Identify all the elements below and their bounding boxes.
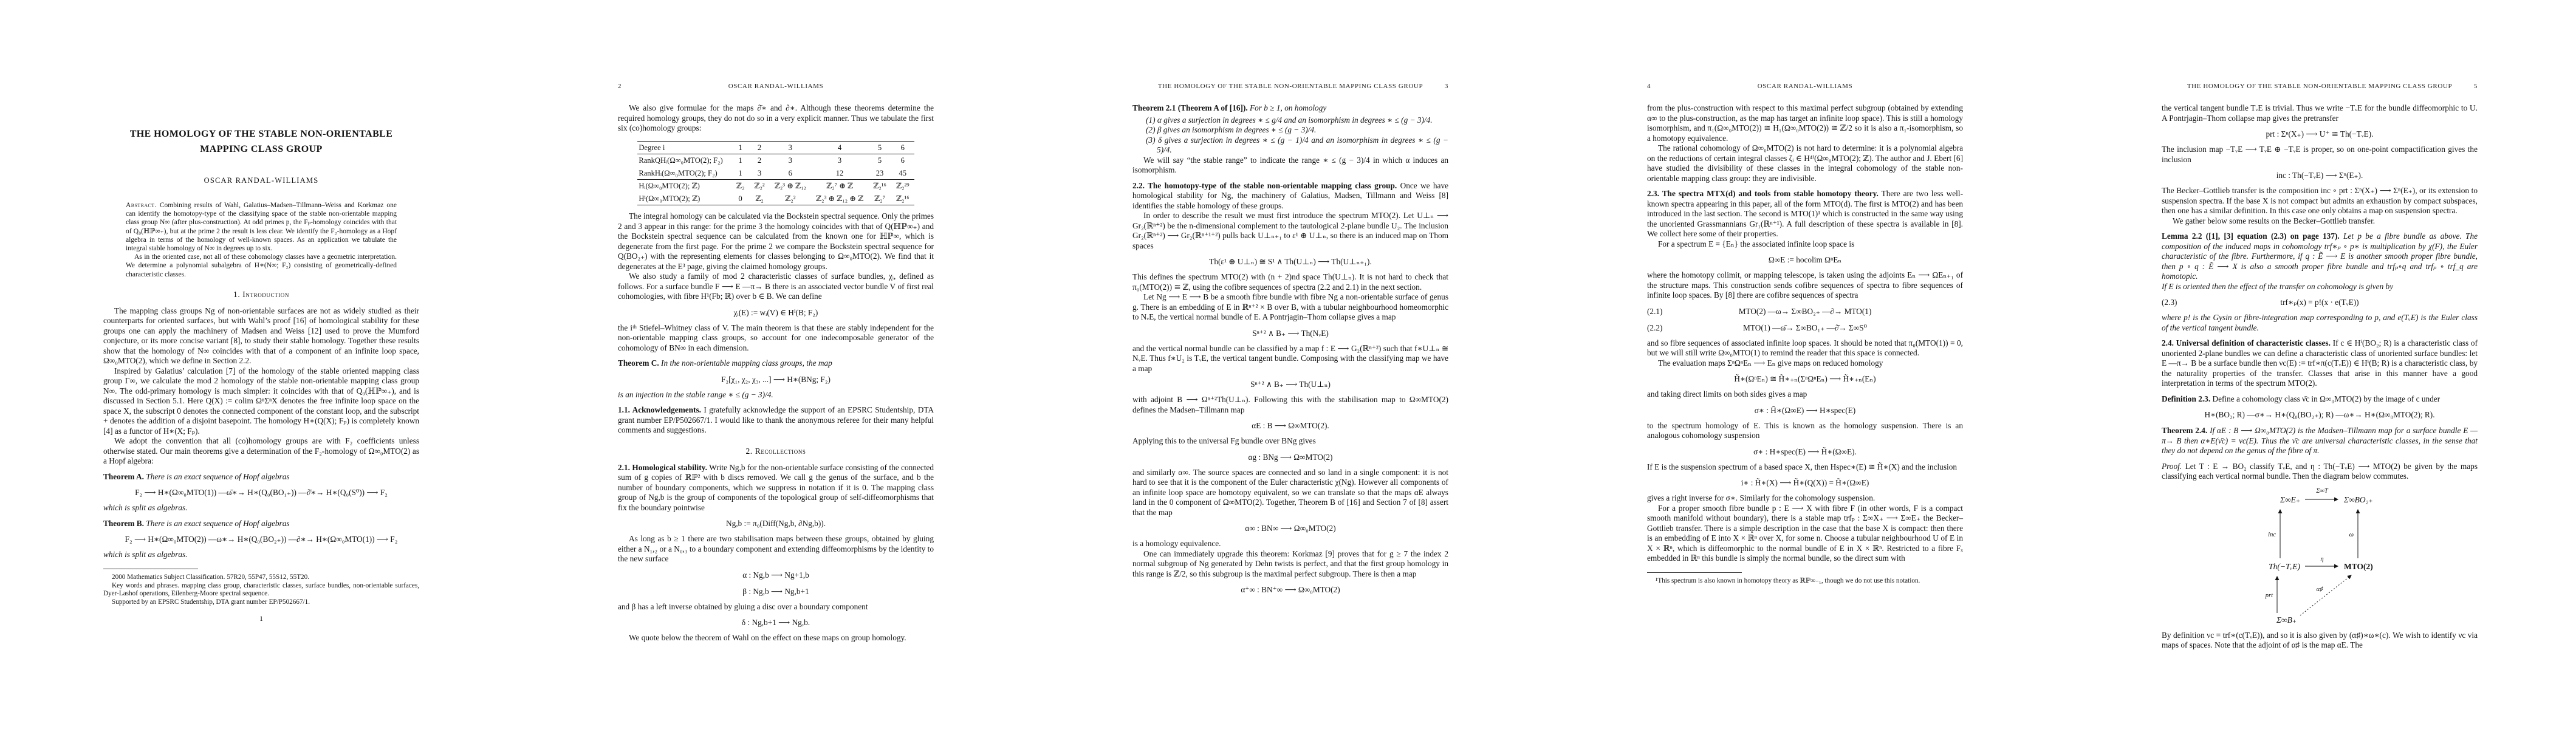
subsection-block: 2.1. Homological stability. Write Ng,b f… bbox=[618, 463, 934, 513]
display-equation: αE : B ⟶ Ω∞MTO(2). bbox=[1132, 420, 1448, 431]
section-heading: 2. Recollections bbox=[618, 447, 934, 456]
paper-spread: { "arxiv_stamp": "arXiv:0803.3825v2 [mat… bbox=[0, 0, 2576, 729]
diagram-node-thom: Th(−TᵥE) bbox=[2269, 562, 2300, 571]
display-equation: H∗(BO₂; R) —σ∗→ H∗(Q₀(BO₂₊); R) —ω∗→ H∗(… bbox=[2162, 409, 2478, 420]
equation-text: Sⁿ⁺² ∧ B₊ ⟶ Th(U⊥ₙ) bbox=[1250, 380, 1331, 389]
paragraph: and taking direct limits on both sides g… bbox=[1647, 389, 1963, 400]
table-row: RankQHᵢ(Ω∞₀MTO(2); F₂)123356 bbox=[637, 154, 914, 167]
paper-author: OSCAR RANDAL-WILLIAMS bbox=[103, 176, 419, 185]
display-equation: Th(ε¹ ⊕ U⊥ₙ) ≅ S¹ ∧ Th(U⊥ₙ) ⟶ Th(U⊥ₙ₊₁). bbox=[1132, 256, 1448, 267]
footnote-rule bbox=[103, 569, 198, 569]
table-cell: 3 bbox=[770, 154, 811, 167]
subsection-block: 2.3. The spectra MTX(d) and tools from s… bbox=[1647, 189, 1963, 239]
table-cell: 3 bbox=[811, 154, 868, 167]
paragraph: One can immediately upgrade this theorem… bbox=[1132, 549, 1448, 580]
proof-lead: Proof. bbox=[2162, 462, 2182, 471]
header-title: THE HOMOLOGY OF THE STABLE NON-ORIENTABL… bbox=[2187, 83, 2452, 90]
subsection-lead: 1.1. Acknowledgements. bbox=[618, 405, 701, 414]
table-header-cell: 3 bbox=[770, 141, 811, 154]
paragraph: If E is the suspension spectrum of a bas… bbox=[1647, 462, 1963, 473]
display-equation: H̃∗(ΩⁿEₙ) ≅ H̃∗₊ₙ(ΣⁿΩⁿEₙ) ⟶ H̃∗₊ₙ(Eₙ) bbox=[1647, 373, 1963, 385]
paragraph: In order to describe the result we must … bbox=[1132, 211, 1448, 251]
table-cell: 3 bbox=[749, 167, 769, 180]
table-cell: 12 bbox=[811, 167, 868, 180]
commutative-diagram: Σ∞E₊Σ∞BO₂₊Th(−TᵥE)MTO(2)Σ∞B₊Σ∞Tηincωprtα… bbox=[2162, 484, 2478, 629]
header-page-number: 4 bbox=[1647, 83, 1651, 90]
table-row: Hⁱ(Ω∞₀MTO(2); ℤ)0ℤ₂ℤ₂²ℤ₂³ ⊕ ℤ₁₂ ⊕ ℤℤ₂⁷ℤ₂… bbox=[637, 193, 914, 205]
table-header-cell: 5 bbox=[868, 141, 891, 154]
table-row-label: Hᵢ(Ω∞₀MTO(2); ℤ) bbox=[637, 180, 731, 193]
display-equation: F₂ ⟶ H∗(Ω∞₀MTO(1)) —ω̄∗→ H∗(Q₀(BO₁₊)) —∂… bbox=[103, 487, 419, 498]
subsection-block: 2.2. The homotopy-type of the stable non… bbox=[1132, 181, 1448, 211]
theorem-text: For b ≥ 1, on homology bbox=[1250, 103, 1326, 112]
paragraph: We gather below some results on the Beck… bbox=[2162, 216, 2478, 227]
paragraph: is a homology equivalence. bbox=[1132, 539, 1448, 549]
equation-tag: (2.3) bbox=[2162, 296, 2177, 308]
equation-text: β : Ng,b ⟶ Ng,b+1 bbox=[742, 587, 809, 596]
equation-text: i∗ : H̃∗(X) ⟶ H̃∗(Q(X)) = H̃∗(Ω∞E) bbox=[1741, 478, 1869, 487]
theorem-block: Theorem 2.1 (Theorem A of [16]). For b ≥… bbox=[1132, 103, 1448, 114]
equation-text: prt : Σⁿ(X₊) ⟶ U⁺ ≅ Th(−TᵥE). bbox=[2266, 129, 2373, 139]
equation-text: α : Ng,b ⟶ Ng+1,b bbox=[742, 570, 809, 580]
display-equation: (2.2)MTO(1) —ω̄→ Σ∞BO₁₊ —∂̄→ Σ∞S⁰ bbox=[1647, 322, 1963, 334]
paragraph-italic: where p! is the Gysin or fibre-integrati… bbox=[2162, 313, 2478, 333]
table-cell: 23 bbox=[868, 167, 891, 180]
definition-text: Define a cohomology class ν̄c in Ω∞₀MTO(… bbox=[2212, 394, 2440, 403]
equation-text: Ng,b := π₀(Diff(Ng,b, ∂Ng,b)). bbox=[726, 519, 826, 528]
table-cell: 45 bbox=[891, 167, 914, 180]
header-title: THE HOMOLOGY OF THE STABLE NON-ORIENTABL… bbox=[1158, 83, 1423, 90]
page-column: THE HOMOLOGY OF THE STABLE NON-ORIENTABL… bbox=[1132, 0, 1448, 595]
footnote-block: 2000 Mathematics Subject Classification.… bbox=[103, 569, 419, 607]
header-page-number: 2 bbox=[618, 83, 622, 90]
theorem-list: (1) α gives a surjection in degrees ∗ ≤ … bbox=[1132, 115, 1448, 156]
paragraph-italic: If E is oriented then the effect of the … bbox=[2162, 282, 2478, 292]
display-equation: inc : Th(−TᵥE) ⟶ Σⁿ(E₊). bbox=[2162, 169, 2478, 181]
running-header: THE HOMOLOGY OF THE STABLE NON-ORIENTABL… bbox=[2162, 83, 2478, 91]
diagram-node-sigma-bo2: Σ∞BO₂₊ bbox=[2343, 495, 2372, 504]
display-equation: Sⁿ⁺² ∧ B₊ ⟶ Th(NᵥE) bbox=[1132, 327, 1448, 339]
paragraph: We quote below the theorem of Wahl on th… bbox=[618, 633, 934, 643]
display-equation: β : Ng,b ⟶ Ng,b+1 bbox=[618, 586, 934, 597]
display-equation: (2.1)MTO(2) —ω→ Σ∞BO₂₊ —∂→ MTO(1) bbox=[1647, 306, 1963, 317]
diagram-label-prt: prt bbox=[2265, 592, 2273, 599]
table-header-cell: 6 bbox=[891, 141, 914, 154]
paragraph: The mapping class groups Ng of non-orien… bbox=[103, 306, 419, 366]
equation-tag: (2.1) bbox=[1647, 306, 1662, 317]
table-cell: ℤ₂² bbox=[749, 180, 769, 193]
header-page-number: 5 bbox=[2474, 83, 2478, 90]
equation-text: MTO(2) —ω→ Σ∞BO₂₊ —∂→ MTO(1) bbox=[1739, 307, 1872, 316]
paragraph: For a spectrum E = {Eₙ} the associated i… bbox=[1647, 239, 1963, 250]
display-equation: α⁺∞ : BN⁺∞ ⟶ Ω∞₀MTO(2) bbox=[1132, 584, 1448, 595]
paragraph: where the homotopy colimit, or mapping t… bbox=[1647, 270, 1963, 301]
equation-text: Th(ε¹ ⊕ U⊥ₙ) ≅ S¹ ∧ Th(U⊥ₙ) ⟶ Th(U⊥ₙ₊₁). bbox=[1209, 257, 1372, 266]
display-equation: Ω∞E := hocolim ΩⁿEₙ bbox=[1647, 254, 1963, 265]
theorem-text: There is an exact sequence of Hopf algeb… bbox=[146, 472, 289, 481]
table-cell: ℤ₂ bbox=[731, 180, 750, 193]
paragraph: and β has a left inverse obtained by glu… bbox=[618, 602, 934, 612]
display-equation: Ng,b := π₀(Diff(Ng,b, ∂Ng,b)). bbox=[618, 518, 934, 529]
paragraph: We also give formulae for the maps ∂̄∗ a… bbox=[618, 103, 934, 134]
running-header: THE HOMOLOGY OF THE STABLE NON-ORIENTABL… bbox=[1132, 83, 1448, 91]
table-cell: ℤ₂¹⁶ bbox=[868, 180, 891, 193]
footnote: 2000 Mathematics Subject Classification.… bbox=[103, 573, 419, 582]
table-row: RankHᵢ(Ω∞₀MTO(2); F₂)136122345 bbox=[637, 167, 914, 180]
table-cell: 1 bbox=[731, 167, 750, 180]
paragraph: The integral homology can be calculated … bbox=[618, 211, 934, 272]
subsection-lead: 2.2. The homotopy-type of the stable non… bbox=[1132, 181, 1397, 190]
display-equation: α∞ : BN∞ ⟶ Ω∞₀MTO(2) bbox=[1132, 522, 1448, 534]
footnote-block: ¹This spectrum is also known in homotopy… bbox=[1647, 572, 1963, 586]
proof-block: Proof. Let T : E → BO₂ classify TᵥE, and… bbox=[2162, 462, 2478, 482]
table-cell: 6 bbox=[770, 167, 811, 180]
theorem-lead: Theorem 2.1 (Theorem A of [16]). bbox=[1132, 103, 1248, 112]
header-page-number: 3 bbox=[1445, 83, 1448, 90]
theorem-lead: Lemma 2.2 ([1], [3] equation (2.3) on pa… bbox=[2162, 231, 2340, 241]
diagram-node-mto2: MTO(2) bbox=[2344, 562, 2373, 571]
table-cell: ℤ₂²⁹ bbox=[891, 180, 914, 193]
theorem-block: Theorem C. In the non-orientable mapping… bbox=[618, 358, 934, 369]
paragraph: This defines the spectrum MTO(2) with (n… bbox=[1132, 272, 1448, 292]
commutative-diagram-svg: Σ∞E₊Σ∞BO₂₊Th(−TᵥE)MTO(2)Σ∞B₊Σ∞Tηincωprtα… bbox=[2228, 484, 2411, 626]
table-row-label: RankHᵢ(Ω∞₀MTO(2); F₂) bbox=[637, 167, 731, 180]
paragraph: Inspired by Galatius’ calculation [7] of… bbox=[103, 366, 419, 437]
list-item: (3) δ gives a surjection in degrees ∗ ≤ … bbox=[1132, 135, 1448, 156]
equation-text: H∗(BO₂; R) —σ∗→ H∗(Q₀(BO₂₊); R) —ω∗→ H∗(… bbox=[2204, 410, 2434, 419]
table-cell: ℤ₂² bbox=[770, 193, 811, 205]
equation-text: Ω∞E := hocolim ΩⁿEₙ bbox=[1769, 255, 1841, 264]
paragraph: gives a right inverse for σ∗. Similarly … bbox=[1647, 493, 1963, 504]
list-item: (1) α gives a surjection in degrees ∗ ≤ … bbox=[1132, 115, 1448, 126]
abstract-lead: Abstract. bbox=[126, 202, 157, 209]
theorem-lead: Theorem A. bbox=[103, 472, 144, 481]
footnote: Supported by an EPSRC Studentship, DTA g… bbox=[103, 598, 419, 607]
paragraph: For a proper smooth fibre bundle p : E ⟶… bbox=[1647, 504, 1963, 564]
running-header: 4OSCAR RANDAL-WILLIAMS bbox=[1647, 83, 1963, 91]
equation-text: F₂ ⟶ H∗(Ω∞₀MTO(2)) —ω∗→ H∗(Q₀(BO₂₊)) —∂∗… bbox=[125, 535, 398, 544]
theorem-lead: Theorem B. bbox=[103, 519, 144, 528]
theorem-text: There is an exact sequence of Hopf algeb… bbox=[146, 519, 289, 528]
display-equation: prt : Σⁿ(X₊) ⟶ U⁺ ≅ Th(−TᵥE). bbox=[2162, 128, 2478, 140]
footnote: ¹This spectrum is also known in homotopy… bbox=[1647, 577, 1963, 586]
table-row-label: Hⁱ(Ω∞₀MTO(2); ℤ) bbox=[637, 193, 731, 205]
display-equation: σ∗ : H∗spec(E) ⟶ H̃∗(Ω∞E). bbox=[1647, 446, 1963, 457]
diagram-node-sigma-e: Σ∞E₊ bbox=[2280, 495, 2300, 504]
definition-lead: Definition 2.3. bbox=[2162, 394, 2210, 403]
display-equation: F₂ ⟶ H∗(Ω∞₀MTO(2)) —ω∗→ H∗(Q₀(BO₂₊)) —∂∗… bbox=[103, 533, 419, 545]
paragraph: The Becker–Gottlieb transfer is the comp… bbox=[2162, 186, 2478, 216]
paragraph: and the vertical normal bundle can be cl… bbox=[1132, 344, 1448, 374]
paper-title: THE HOMOLOGY OF THE STABLE NON-ORIENTABL… bbox=[111, 126, 412, 157]
equation-text: F₂[χ₁, χ₂, χ₃, ...] ⟶ H∗(BNg; F₂) bbox=[721, 375, 831, 384]
footnote-rule bbox=[1647, 572, 1742, 573]
subsection-block: 2.4. Universal definition of characteris… bbox=[2162, 338, 2478, 389]
display-equation: i∗ : H̃∗(X) ⟶ H̃∗(Q(X)) = H̃∗(Ω∞E) bbox=[1647, 477, 1963, 488]
table-header-row: Degree i123456 bbox=[637, 141, 914, 154]
page-5: THE HOMOLOGY OF THE STABLE NON-ORIENTABL… bbox=[2064, 0, 2575, 729]
equation-text: α⁺∞ : BN⁺∞ ⟶ Ω∞₀MTO(2) bbox=[1241, 585, 1340, 594]
subsection-lead: 2.3. The spectra MTX(d) and tools from s… bbox=[1647, 189, 1879, 198]
display-equation: χᵢ(E) := wᵢ(V) ∈ Hⁱ(B; F₂) bbox=[618, 307, 934, 318]
table-cell: ℤ₂³ ⊕ ℤ₁₂ bbox=[770, 180, 811, 193]
paragraph: the iᵗʰ Stiefel–Whitney class of V. The … bbox=[618, 323, 934, 354]
display-equation: Sⁿ⁺² ∧ B₊ ⟶ Th(U⊥ₙ) bbox=[1132, 378, 1448, 390]
equation-text: σ∗ : H∗spec(E) ⟶ H̃∗(Ω∞E). bbox=[1753, 447, 1857, 456]
display-equation: δ : Ng,b+1 ⟶ Ng,b. bbox=[618, 617, 934, 628]
theorem-text: In the non-orientable mapping class grou… bbox=[661, 358, 832, 368]
paragraph: The evaluation maps ΣⁿΩⁿEₙ ⟶ Eₙ give map… bbox=[1647, 358, 1963, 369]
paragraph: and similarly α∞. The source spaces are … bbox=[1132, 468, 1448, 518]
paragraph-italic: is an injection in the stable range ∗ ≤ … bbox=[618, 390, 934, 400]
table-cell: ℤ₂⁷ bbox=[868, 193, 891, 205]
homology-table: Degree i123456RankQHᵢ(Ω∞₀MTO(2); F₂)1233… bbox=[637, 141, 914, 206]
equation-tag: (2.2) bbox=[1647, 322, 1662, 334]
table-header-cell: 4 bbox=[811, 141, 868, 154]
theorem-lead: Theorem C. bbox=[618, 358, 659, 368]
page-1: THE HOMOLOGY OF THE STABLE NON-ORIENTABL… bbox=[6, 0, 516, 729]
paragraph: with adjoint B ⟶ Ωⁿ⁺²Th(U⊥ₙ). Following … bbox=[1132, 395, 1448, 415]
paragraph: The inclusion map −TᵥE ⟶ TᵥE ⊕ −TᵥE is p… bbox=[2162, 145, 2478, 165]
definition-block: Definition 2.3. Define a cohomology clas… bbox=[2162, 394, 2478, 405]
equation-text: χᵢ(E) := wᵢ(V) ∈ Hⁱ(B; F₂) bbox=[734, 308, 818, 317]
paragraph: Let Ng ⟶ E ⟶ B be a smooth fibre bundle … bbox=[1132, 292, 1448, 323]
equation-text: αg : BNg ⟶ Ω∞MTO(2) bbox=[1249, 453, 1333, 462]
equation-text: H̃∗(ΩⁿEₙ) ≅ H̃∗₊ₙ(ΣⁿΩⁿEₙ) ⟶ H̃∗₊ₙ(Eₙ) bbox=[1734, 374, 1875, 383]
paragraph: As long as b ≥ 1 there are two stabilisa… bbox=[618, 534, 934, 564]
paragraph: to the spectrum homology of E. This is k… bbox=[1647, 421, 1963, 441]
table-cell: ℤ₂⁷ ⊕ ℤ bbox=[811, 180, 868, 193]
paragraph: the vertical tangent bundle TᵥE is trivi… bbox=[2162, 103, 2478, 123]
page-column: 2OSCAR RANDAL-WILLIAMSWe also give formu… bbox=[618, 0, 934, 643]
paragraph: We also study a family of mod 2 characte… bbox=[618, 272, 934, 302]
table-cell: 6 bbox=[891, 154, 914, 167]
equation-text: MTO(1) —ω̄→ Σ∞BO₁₊ —∂̄→ Σ∞S⁰ bbox=[1743, 323, 1867, 332]
page-column: 4OSCAR RANDAL-WILLIAMSfrom the plus-cons… bbox=[1647, 0, 1963, 585]
display-equation: F₂[χ₁, χ₂, χ₃, ...] ⟶ H∗(BNg; F₂) bbox=[618, 374, 934, 385]
diagram-label-eta: η bbox=[2320, 556, 2323, 563]
header-title: OSCAR RANDAL-WILLIAMS bbox=[728, 83, 824, 90]
display-equation: αg : BNg ⟶ Ω∞MTO(2) bbox=[1132, 451, 1448, 463]
display-equation: α : Ng,b ⟶ Ng+1,b bbox=[618, 569, 934, 581]
equation-text: αE : B ⟶ Ω∞MTO(2). bbox=[1252, 421, 1329, 430]
equation-text: δ : Ng,b+1 ⟶ Ng,b. bbox=[742, 618, 810, 627]
page-number: 1 bbox=[103, 614, 419, 623]
diagram-label-inc: inc bbox=[2268, 532, 2276, 538]
paragraph: By definition νc = trf∗(c(TᵥE)), and so … bbox=[2162, 631, 2478, 651]
page-column: THE HOMOLOGY OF THE STABLE NON-ORIENTABL… bbox=[103, 0, 419, 623]
equation-text: trf∗ₚ(x) = p!(x · e(TᵥE)) bbox=[2280, 298, 2358, 307]
abstract-paragraph: Abstract. Combining results of Wahl, Gal… bbox=[126, 201, 397, 253]
theorem-block: Theorem 2.4. If αE : B ⟶ Ω∞₀MTO(2) is th… bbox=[2162, 426, 2478, 456]
equation-text: α∞ : BN∞ ⟶ Ω∞₀MTO(2) bbox=[1245, 524, 1335, 533]
theorem-block: Theorem B. There is an exact sequence of… bbox=[103, 519, 419, 529]
proof-text: Let T : E → BO₂ classify TᵥE, and η : Th… bbox=[2162, 462, 2478, 481]
table-header-cell: 1 bbox=[731, 141, 750, 154]
page-4: 4OSCAR RANDAL-WILLIAMSfrom the plus-cons… bbox=[1550, 0, 2060, 729]
table-cell: 2 bbox=[749, 154, 769, 167]
display-equation: σ∗ : H̃∗(Ω∞E) ⟶ H∗spec(E) bbox=[1647, 405, 1963, 416]
diagram-node-sigma-b: Σ∞B₊ bbox=[2276, 615, 2297, 625]
table-header-cell: 2 bbox=[749, 141, 769, 154]
table-cell: ℤ₂ bbox=[749, 193, 769, 205]
page-2: 2OSCAR RANDAL-WILLIAMSWe also give formu… bbox=[521, 0, 1031, 729]
footnote: Key words and phrases. mapping class gro… bbox=[103, 582, 419, 599]
abstract-paragraph: As in the oriented case, not all of thes… bbox=[126, 253, 397, 279]
diagram-arrow-alpha-sharp bbox=[2300, 575, 2351, 615]
theorem-block: Lemma 2.2 ([1], [3] equation (2.3) on pa… bbox=[2162, 231, 2478, 282]
paragraph-italic: which is split as algebras. bbox=[103, 503, 419, 513]
table-cell: ℤ₂¹⁶ bbox=[891, 193, 914, 205]
paragraph: and so fibre sequences of associated inf… bbox=[1647, 338, 1963, 358]
table-cell: 1 bbox=[731, 154, 750, 167]
theorem-block: Theorem A. There is an exact sequence of… bbox=[103, 472, 419, 482]
header-title: OSCAR RANDAL-WILLIAMS bbox=[1758, 83, 1853, 90]
table-cell: ℤ₂³ ⊕ ℤ₁₂ ⊕ ℤ bbox=[811, 193, 868, 205]
paragraph: The rational cohomology of Ω∞₀MTO(2) is … bbox=[1647, 143, 1963, 183]
table-cell: 0 bbox=[731, 193, 750, 205]
diagram-label-sigma-t: Σ∞T bbox=[2315, 488, 2329, 495]
subsection-block: 1.1. Acknowledgements. I gratefully ackn… bbox=[618, 405, 934, 436]
list-item: (2) β gives an isomorphism in degrees ∗ … bbox=[1132, 125, 1448, 135]
paragraph: We will say “the stable range” to indica… bbox=[1132, 156, 1448, 176]
paragraph: from the plus-construction with respect … bbox=[1647, 103, 1963, 143]
table-row-label: RankQHᵢ(Ω∞₀MTO(2); F₂) bbox=[637, 154, 731, 167]
abstract-text: Combining results of Wahl, Galatius–Mads… bbox=[126, 202, 397, 252]
section-heading: 1. Introduction bbox=[103, 290, 419, 299]
equation-text: inc : Th(−TᵥE) ⟶ Σⁿ(E₊). bbox=[2276, 171, 2363, 180]
paragraph: Applying this to the universal Fg bundle… bbox=[1132, 436, 1448, 447]
equation-text: σ∗ : H̃∗(Ω∞E) ⟶ H∗spec(E) bbox=[1755, 406, 1855, 415]
table-header-label: Degree i bbox=[637, 141, 731, 154]
table-row: Hᵢ(Ω∞₀MTO(2); ℤ)ℤ₂ℤ₂²ℤ₂³ ⊕ ℤ₁₂ℤ₂⁷ ⊕ ℤℤ₂¹… bbox=[637, 180, 914, 193]
page-3: THE HOMOLOGY OF THE STABLE NON-ORIENTABL… bbox=[1035, 0, 1546, 729]
theorem-text: If αE : B ⟶ Ω∞₀MTO(2) is the Madsen–Till… bbox=[2162, 426, 2478, 455]
running-header: 2OSCAR RANDAL-WILLIAMS bbox=[618, 83, 934, 91]
diagram-label-alpha-sharp: α♯ bbox=[2317, 586, 2324, 593]
table-cell: 5 bbox=[868, 154, 891, 167]
theorem-lead: Theorem 2.4. bbox=[2162, 426, 2207, 435]
equation-text: Sⁿ⁺² ∧ B₊ ⟶ Th(NᵥE) bbox=[1252, 329, 1329, 338]
subsection-lead: 2.4. Universal definition of characteris… bbox=[2162, 338, 2331, 347]
paragraph: We adopt the convention that all (co)hom… bbox=[103, 436, 419, 467]
page-column: THE HOMOLOGY OF THE STABLE NON-ORIENTABL… bbox=[2162, 0, 2478, 651]
equation-text: F₂ ⟶ H∗(Ω∞₀MTO(1)) —ω̄∗→ H∗(Q₀(BO₁₊)) —∂… bbox=[135, 488, 388, 497]
display-equation: (2.3)trf∗ₚ(x) = p!(x · e(TᵥE)) bbox=[2162, 296, 2478, 308]
diagram-label-omega: ω bbox=[2349, 532, 2354, 538]
subsection-lead: 2.1. Homological stability. bbox=[618, 463, 707, 472]
paragraph-italic: which is split as algebras. bbox=[103, 550, 419, 560]
